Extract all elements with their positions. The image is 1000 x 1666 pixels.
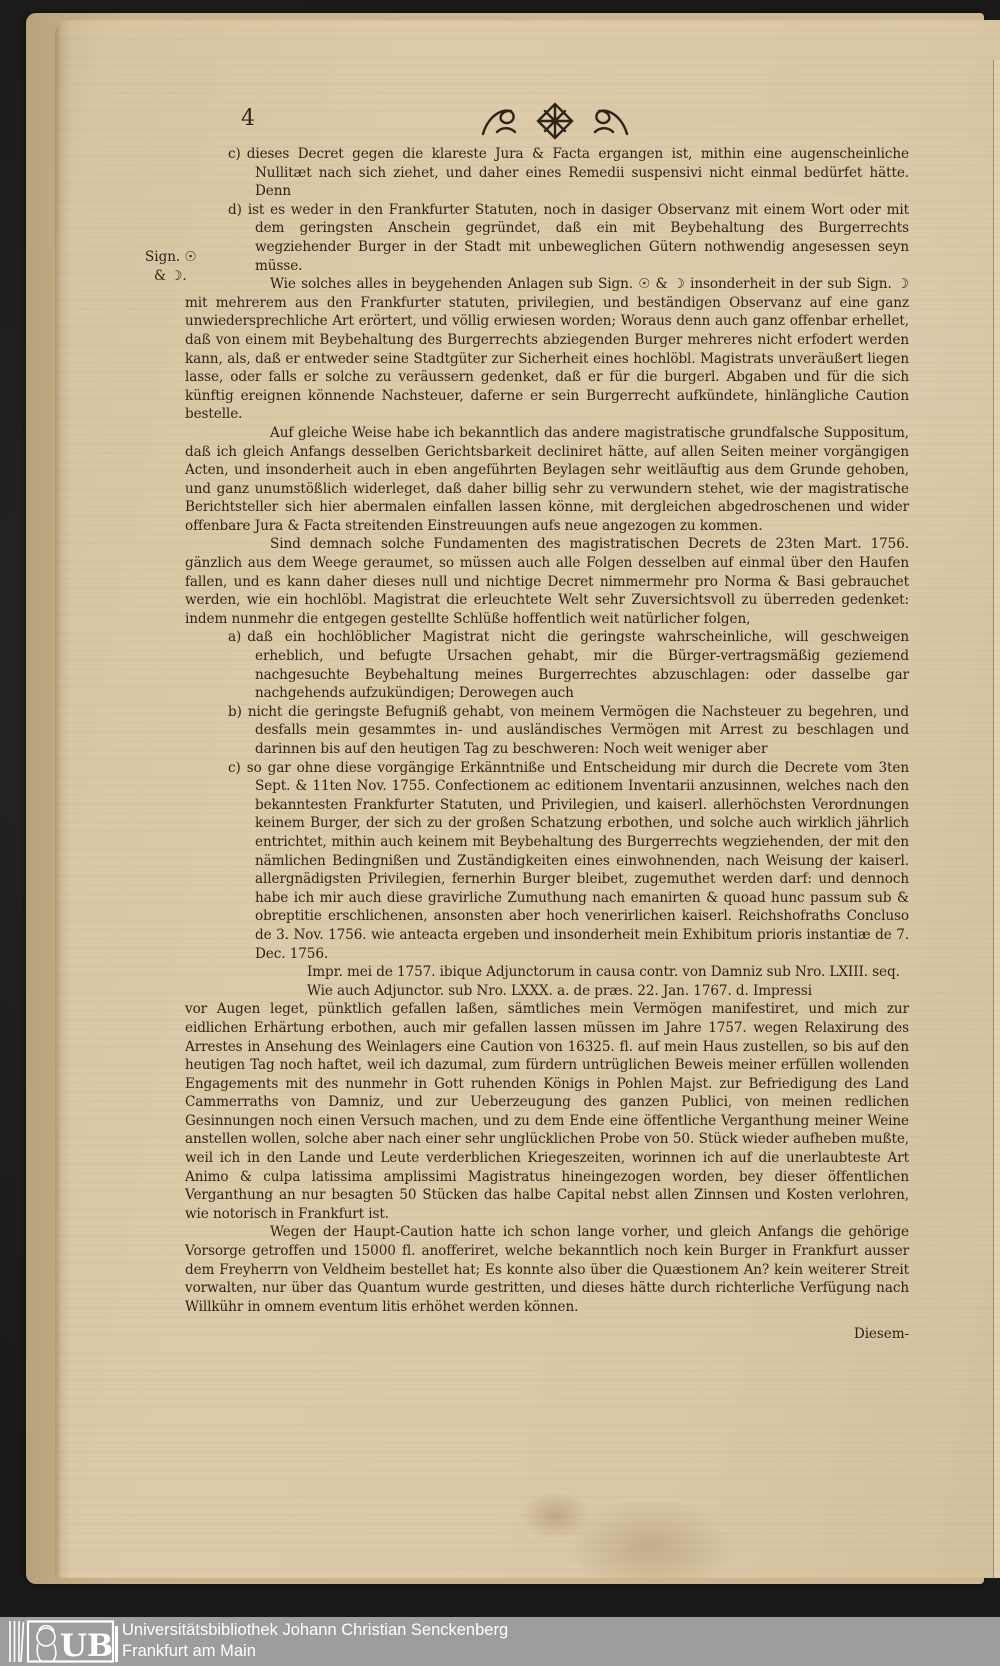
library-footer-bar: UB Universitätsbibliothek Johann Christi… <box>0 1617 1000 1666</box>
item-text: dieses Decret gegen die klareste Jura & … <box>247 146 909 199</box>
item-letter: b) <box>228 704 248 720</box>
ub-goethe-logo-icon: UB <box>8 1620 120 1663</box>
item-letter: c) <box>228 760 247 776</box>
library-city: Frankfurt am Main <box>122 1641 508 1662</box>
scan-background: 4 Sign. ☉ & ☽. c)dieses Decret gegen die… <box>0 0 1000 1666</box>
paragraph: Auf gleiche Weise habe ich bekanntlich d… <box>185 424 909 536</box>
item-text: so gar ohne diese vorgängige Erkänntniße… <box>247 760 909 962</box>
floral-head-ornament-icon <box>475 98 635 144</box>
citation-line: Wie auch Adjunctor. sub Nro. LXXX. a. de… <box>307 982 909 1001</box>
page-fold-line <box>993 60 994 1578</box>
catchword: Diesem- <box>185 1325 909 1344</box>
scanned-page: 4 Sign. ☉ & ☽. c)dieses Decret gegen die… <box>55 20 1000 1578</box>
item-text: ist es weder in den Frankfurter Statuten… <box>248 202 909 274</box>
list-item-d: d)ist es weder in den Frankfurter Statut… <box>185 201 909 275</box>
item-text: daß ein hochlöblicher Magistrat nicht di… <box>247 629 909 701</box>
paragraph: Wegen der Haupt-Caution hatte ich schon … <box>185 1223 909 1316</box>
body-text: c)dieses Decret gegen die klareste Jura … <box>185 145 909 1344</box>
list-item-a: a)daß ein hochlöblicher Magistrat nicht … <box>185 628 909 702</box>
item-letter: d) <box>228 202 248 218</box>
paragraph: vor Augen leget, pünktlich gefallen laße… <box>185 1000 909 1223</box>
item-letter: c) <box>228 146 247 162</box>
library-name: Universitätsbibliothek Johann Christian … <box>122 1620 508 1641</box>
list-item-c2: c)so gar ohne diese vorgängige Erkänntni… <box>185 759 909 964</box>
list-item-b: b)nicht die geringste Befugniß gehabt, v… <box>185 703 909 759</box>
item-letter: a) <box>228 629 247 645</box>
page-fold-sliver <box>994 60 1000 1578</box>
page-number: 4 <box>241 106 255 131</box>
paragraph: Wie solches alles in beygehenden Anlagen… <box>185 275 909 424</box>
logo-abbrev: UB <box>60 1628 113 1663</box>
library-attribution: Universitätsbibliothek Johann Christian … <box>122 1620 508 1662</box>
citation-line: Impr. mei de 1757. ibique Adjunctorum in… <box>307 963 909 982</box>
list-item-c: c)dieses Decret gegen die klareste Jura … <box>185 145 909 201</box>
item-text: nicht die geringste Befugniß gehabt, von… <box>248 704 909 757</box>
paragraph: Sind demnach solche Fundamenten des magi… <box>185 535 909 628</box>
